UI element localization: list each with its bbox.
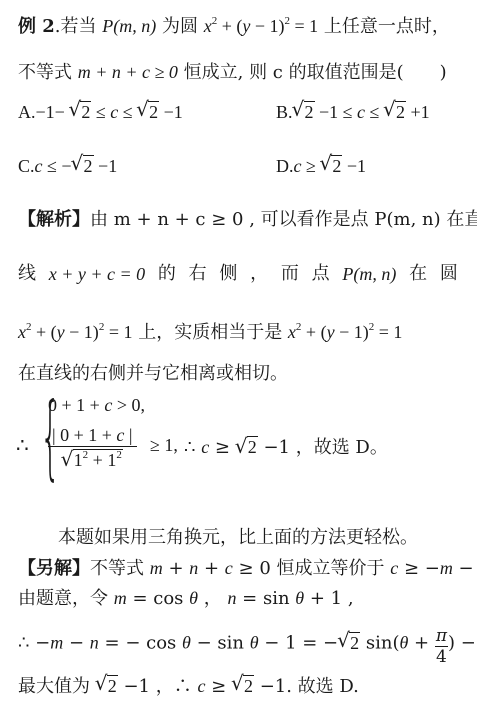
analysis-heading: 【解析】 bbox=[18, 209, 90, 230]
point-p: P(m, n) bbox=[102, 16, 156, 36]
inequality: m + n + c ≥ 0 bbox=[78, 62, 178, 82]
system-conclusion: ∴ c ≥ 2 −1 ，故选 D。 bbox=[184, 433, 388, 459]
option-b: B.2 −1 ≤ c ≤ 2 +1 bbox=[276, 100, 430, 124]
example-label: 例 2 bbox=[18, 16, 55, 37]
therefore-symbol: ∴ bbox=[16, 433, 29, 457]
alt-heading: 【另解】 bbox=[18, 558, 90, 579]
pi-over-4: π4 bbox=[435, 626, 448, 667]
analysis-line-3: x2 + (y − 1)2 = 1 上，实质相当于是 x2 + (y − 1)2… bbox=[18, 320, 402, 345]
system-ge: ≥ 1, bbox=[150, 435, 178, 456]
system-condition-1: 0 + 1 + c > 0, bbox=[48, 395, 145, 416]
circle-equation: x2 + (y − 1)2 = 1 bbox=[204, 16, 318, 36]
option-d: D.c ≥ 2 −1 bbox=[276, 154, 366, 178]
alt-line-4: 最大值为 2 −1 ，∴ c ≥ 2 −1. 故选 D. bbox=[18, 674, 359, 699]
analysis-line-2: 线 x + y + c = 0 的 右 侧 ， 而 点 P(m, n) 在 圆 bbox=[18, 262, 458, 286]
option-a: A.−1− 2 ≤ c ≤ 2 −1 bbox=[18, 102, 183, 122]
analysis-line-1: 【解析】由 m + n + c ≥ 0 , 可以看作是点 P(m, n) 在直 bbox=[18, 208, 477, 232]
inequality-system: ∴ { 0 + 1 + c > 0, | 0 + 1 + c | 12 + 12… bbox=[16, 395, 466, 490]
problem-line-1: 例 2.若当 P(m, n) 为圆 x2 + (y − 1)2 = 1 上任意一… bbox=[18, 14, 450, 39]
fraction-denominator: 12 + 12 bbox=[48, 447, 137, 471]
alt-line-1: 【另解】不等式 m + n + c ≥ 0 恒成立等价于 c ≥ −m − n … bbox=[18, 556, 477, 581]
distance-fraction: | 0 + 1 + c | 12 + 12 bbox=[48, 425, 137, 471]
fraction-numerator: | 0 + 1 + c | bbox=[48, 425, 137, 447]
remark: 本题如果用三角换元，比上面的方法更轻松。 bbox=[58, 526, 418, 550]
option-c: C.c ≤ −2 −1 bbox=[18, 156, 117, 176]
options-row-2: C.c ≤ −2 −1 D.c ≥ 2 −1 bbox=[18, 154, 468, 178]
options-row-1: A.−1− 2 ≤ c ≤ 2 −1 B.2 −1 ≤ c ≤ 2 +1 bbox=[18, 100, 468, 124]
problem-line-2: 不等式 m + n + c ≥ 0 恒成立, 则 c 的取值范围是( ) bbox=[18, 60, 447, 85]
alt-line-2: 由题意，令 m = cos θ ， n = sin θ + 1 , bbox=[18, 586, 354, 611]
alt-line-3: ∴ −m − n = − cos θ − sin θ − 1 = −2 sin(… bbox=[18, 620, 477, 667]
